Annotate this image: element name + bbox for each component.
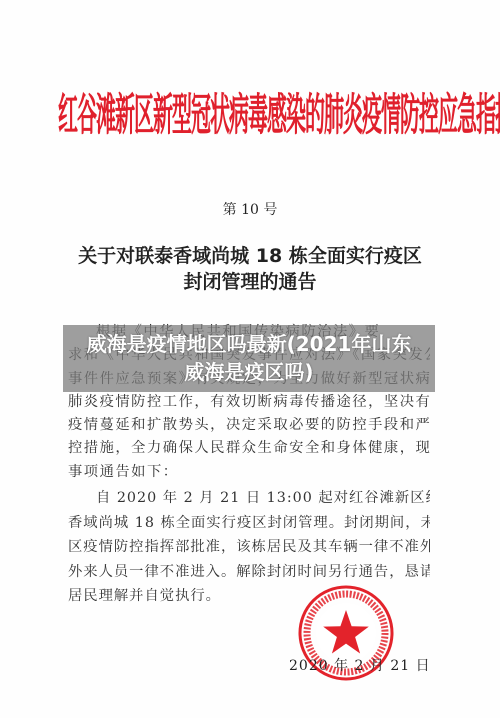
issuing-authority-title: 红谷滩新区新型冠状病毒感染的肺炎疫情防控应急指挥部令 [58, 44, 450, 185]
text-line: 肺炎疫情防控工作，有效切断病毒传播途径，坚决有效遏制 [68, 391, 430, 414]
text-line: 控措施，全力确保人民群众生命安全和身体健康，现将有关 [68, 437, 430, 460]
text-line: 事项通告如下： [68, 461, 430, 484]
document-number: 第 10 号 [0, 199, 500, 219]
caption-line-2: 威海是疫区吗) [63, 358, 435, 386]
text-line: 香域尚城 18 栋全面实行疫区封闭管理。封闭期间，未经新 [68, 511, 430, 536]
text-line: 区疫情防控指挥部批准，该栋居民及其车辆一律不准外出， [68, 535, 430, 560]
notice-title-line-1: 关于对联泰香域尚城 18 栋全面实行疫区 [70, 243, 430, 269]
text-line: 疫情蔓延和扩散势头，决定采取必要的防控手段和严格的管 [68, 414, 430, 437]
text-line: 自 2020 年 2 月 21 日 13:00 起对红谷滩新区红角洲联泰 [68, 486, 430, 511]
notice-title-line-2: 封闭管理的通告 [70, 269, 430, 295]
signature-date: 2020 年 2 月 21 日 [289, 655, 431, 675]
notice-title: 关于对联泰香域尚城 18 栋全面实行疫区 封闭管理的通告 [70, 243, 430, 295]
caption-title: 威海是疫情地区吗最新(2021年山东 威海是疫区吗) [63, 325, 435, 392]
caption-line-1: 威海是疫情地区吗最新(2021年山东 [63, 330, 435, 358]
text-line: 外来人员一律不准进入。解除封闭时间另行通告，恳请社区 [68, 560, 430, 585]
